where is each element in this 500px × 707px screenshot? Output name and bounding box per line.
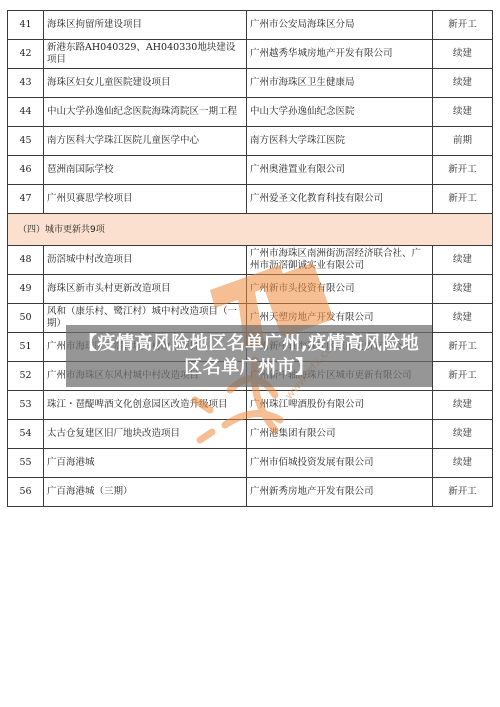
owner-name: 广州港集团有限公司: [247, 420, 433, 449]
row-number: 56: [8, 478, 44, 507]
owner-name: 广州珠江啤酒股份有限公司: [247, 391, 433, 420]
project-name: 广百海港城（三期）: [44, 478, 247, 507]
project-name: 海珠区妇女儿童医院建设项目: [44, 69, 247, 98]
table-row: 54 太古仓复建区旧厂地块改造项目 广州港集团有限公司 续建: [8, 420, 493, 449]
table-row: 46 琶洲南国际学校 广州奥港置业有限公司 新开工: [8, 156, 493, 185]
project-name: 广州贝赛思学校项目: [44, 185, 247, 214]
project-name: 广百海港城: [44, 449, 247, 478]
owner-name: 广州市佰城投资发展有限公司: [247, 449, 433, 478]
row-number: 52: [8, 362, 44, 391]
status-cell: 续建: [433, 449, 493, 478]
project-name: 南方医科大学珠江医院儿童医学中心: [44, 127, 247, 156]
status-cell: 新开工: [433, 156, 493, 185]
owner-name: 中山大学孙逸仙纪念医院: [247, 98, 433, 127]
status-cell: 新开工: [433, 478, 493, 507]
table-row: 56 广百海港城（三期） 广州新秀房地产开发有限公司 新开工: [8, 478, 493, 507]
status-cell: 续建: [433, 304, 493, 333]
status-cell: 新开工: [433, 333, 493, 362]
project-name: 海珠区新市头村更新改造项目: [44, 275, 247, 304]
project-name: 沥滘城中村改造项目: [44, 246, 247, 275]
project-table: 41 海珠区拘留所建设项目 广州市公安局海珠区分局 新开工 42 新港东路AH0…: [7, 10, 493, 507]
owner-name: 南方医科大学珠江医院: [247, 127, 433, 156]
document-page: 41 海珠区拘留所建设项目 广州市公安局海珠区分局 新开工 42 新港东路AH0…: [0, 0, 500, 707]
project-name: 中山大学孙逸仙纪念医院海珠湾院区一期工程: [44, 98, 247, 127]
owner-name: 广州市公安局海珠区分局: [247, 11, 433, 40]
owner-name: 广州市海珠区卫生健康局: [247, 69, 433, 98]
owner-name: 广州爱圣文化教育科技有限公司: [247, 185, 433, 214]
row-number: 50: [8, 304, 44, 333]
row-number: 51: [8, 333, 44, 362]
project-name: 太古仓复建区旧厂地块改造项目: [44, 420, 247, 449]
table-row: 44 中山大学孙逸仙纪念医院海珠湾院区一期工程 中山大学孙逸仙纪念医院 续建: [8, 98, 493, 127]
status-cell: 续建: [433, 40, 493, 69]
section-header-row: （四）城市更新共9项: [8, 214, 493, 246]
status-cell: 新开工: [433, 185, 493, 214]
status-cell: 续建: [433, 275, 493, 304]
table-row: 48 沥滘城中村改造项目 广州市海珠区南洲街沥滘经济联合社、广州市沥滘御诚实业有…: [8, 246, 493, 275]
row-number: 54: [8, 420, 44, 449]
row-number: 47: [8, 185, 44, 214]
row-number: 43: [8, 69, 44, 98]
row-number: 55: [8, 449, 44, 478]
row-number: 44: [8, 98, 44, 127]
project-name: 琶洲南国际学校: [44, 156, 247, 185]
title-banner: 【疫情高风险地区名单广州,疫情高风险地区名单广州市】: [66, 325, 432, 387]
table-row: 53 珠江・琶醍啤酒文化创意园区改造升级项目 广州珠江啤酒股份有限公司 续建: [8, 391, 493, 420]
project-name: 新港东路AH040329、AH040330地块建设项目: [44, 40, 247, 69]
section-header: （四）城市更新共9项: [8, 214, 493, 246]
status-cell: 续建: [433, 98, 493, 127]
row-number: 45: [8, 127, 44, 156]
status-cell: 新开工: [433, 11, 493, 40]
table-row: 42 新港东路AH040329、AH040330地块建设项目 广州越秀华城房地产…: [8, 40, 493, 69]
row-number: 49: [8, 275, 44, 304]
row-number: 48: [8, 246, 44, 275]
table-row: 45 南方医科大学珠江医院儿童医学中心 南方医科大学珠江医院 前期: [8, 127, 493, 156]
status-cell: 续建: [433, 420, 493, 449]
owner-name: 广州新市头投资有限公司: [247, 275, 433, 304]
status-cell: 新开工: [433, 362, 493, 391]
table-row: 43 海珠区妇女儿童医院建设项目 广州市海珠区卫生健康局 续建: [8, 69, 493, 98]
table-row: 49 海珠区新市头村更新改造项目 广州新市头投资有限公司 续建: [8, 275, 493, 304]
project-name: 珠江・琶醍啤酒文化创意园区改造升级项目: [44, 391, 247, 420]
owner-name: 广州越秀华城房地产开发有限公司: [247, 40, 433, 69]
table-row: 55 广百海港城 广州市佰城投资发展有限公司 续建: [8, 449, 493, 478]
status-cell: 续建: [433, 391, 493, 420]
owner-name: 广州市海珠区南洲街沥滘经济联合社、广州市沥滘御诚实业有限公司: [247, 246, 433, 275]
status-cell: 续建: [433, 246, 493, 275]
row-number: 53: [8, 391, 44, 420]
table-row: 41 海珠区拘留所建设项目 广州市公安局海珠区分局 新开工: [8, 11, 493, 40]
banner-title: 【疫情高风险地区名单广州,疫情高风险地区名单广州市】: [66, 332, 432, 380]
status-cell: 前期: [433, 127, 493, 156]
owner-name: 广州新秀房地产开发有限公司: [247, 478, 433, 507]
row-number: 41: [8, 11, 44, 40]
project-name: 海珠区拘留所建设项目: [44, 11, 247, 40]
table-row: 47 广州贝赛思学校项目 广州爱圣文化教育科技有限公司 新开工: [8, 185, 493, 214]
row-number: 46: [8, 156, 44, 185]
status-cell: 续建: [433, 69, 493, 98]
row-number: 42: [8, 40, 44, 69]
owner-name: 广州奥港置业有限公司: [247, 156, 433, 185]
